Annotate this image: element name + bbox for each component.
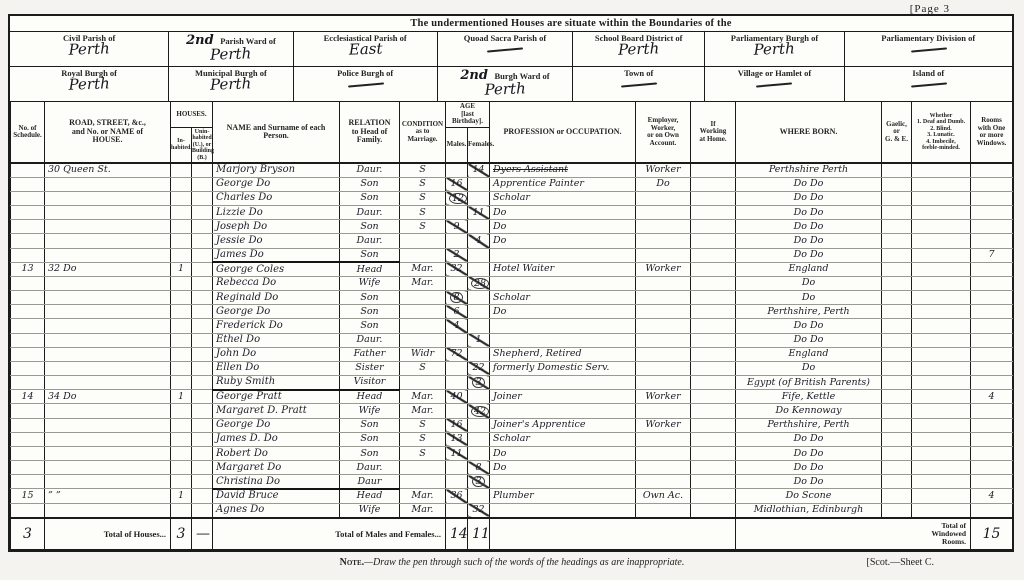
cell-condition: S: [400, 177, 446, 191]
col-condition: CONDITION as to Marriage.: [400, 102, 446, 163]
cell-infirm: [912, 489, 971, 503]
cell-schedule: [11, 461, 45, 475]
cell-rooms: [971, 262, 1013, 276]
header-field-8: Municipal Burgh ofPerth: [168, 67, 292, 102]
cell-relation: Son: [340, 248, 400, 262]
cell-schedule: [11, 503, 45, 517]
cell-schedule: [11, 291, 45, 305]
cell-infirm: [912, 291, 971, 305]
cell-rooms: [971, 404, 1013, 418]
cell-schedule: [11, 432, 45, 446]
cell-occ: Joiner's Apprentice: [490, 418, 636, 432]
cell-gaelic: [882, 191, 912, 205]
cell-schedule: [11, 319, 45, 333]
cell-uninh: [192, 191, 213, 205]
cell-m: 36: [446, 489, 468, 503]
cell-rooms: [971, 220, 1013, 234]
cell-gaelic: [882, 177, 912, 191]
cell-uninh: [192, 347, 213, 361]
cell-emp: [636, 361, 691, 375]
cell-address: 32 Do: [45, 262, 171, 276]
cell-occ: [490, 276, 636, 290]
cell-occ: [490, 475, 636, 489]
cell-gaelic: [882, 361, 912, 375]
cell-gaelic: [882, 376, 912, 390]
cell-relation: Daur.: [340, 333, 400, 347]
col-uninhabited: Unin- habited (U.), or Building (B.): [192, 127, 213, 163]
person-row: Agnes DoWifeMar.32Midlothian, Edinburgh: [11, 503, 1013, 517]
cell-gaelic: [882, 319, 912, 333]
cell-inh: 1: [171, 262, 192, 276]
cell-uninh: [192, 461, 213, 475]
cell-name: Joseph Do: [213, 220, 340, 234]
cell-gaelic: [882, 234, 912, 248]
cell-m: 16: [446, 177, 468, 191]
cell-rooms: 4: [971, 390, 1013, 404]
cell-m: 4: [446, 319, 468, 333]
cell-home: [691, 418, 736, 432]
cell-infirm: [912, 333, 971, 347]
pen-dash: [910, 82, 946, 87]
cell-infirm: [912, 262, 971, 276]
cell-f: 8: [468, 461, 490, 475]
cell-inh: [171, 163, 192, 177]
cell-occ: [490, 248, 636, 262]
cell-born: Fife, Kettle: [736, 390, 882, 404]
col-females: Females.: [468, 127, 490, 163]
cell-born: Midlothian, Edinburgh: [736, 503, 882, 517]
cell-inh: [171, 191, 192, 205]
cell-condition: S: [400, 206, 446, 220]
cell-name: George Do: [213, 177, 340, 191]
total-schedules: 3: [11, 518, 45, 550]
cell-condition: Mar.: [400, 404, 446, 418]
cell-condition: Widr: [400, 347, 446, 361]
census-sheet: The undermentioned Houses are situate wi…: [8, 14, 1014, 552]
cell-emp: [636, 291, 691, 305]
person-row: Rebecca DoWifeMar.28Do: [11, 276, 1013, 290]
cell-home: [691, 404, 736, 418]
cell-schedule: [11, 376, 45, 390]
cell-schedule: 14: [11, 390, 45, 404]
cell-uninh: [192, 404, 213, 418]
cell-infirm: [912, 234, 971, 248]
cell-condition: S: [400, 418, 446, 432]
cell-born: England: [736, 262, 882, 276]
cell-born: England: [736, 347, 882, 361]
cell-f: [468, 305, 490, 319]
cell-condition: Mar.: [400, 262, 446, 276]
cell-occ: Plumber: [490, 489, 636, 503]
cell-gaelic: [882, 291, 912, 305]
cell-condition: Mar.: [400, 489, 446, 503]
cell-born: Do Do: [736, 446, 882, 460]
cell-schedule: [11, 418, 45, 432]
cell-condition: Mar.: [400, 390, 446, 404]
cell-relation: Daur.: [340, 461, 400, 475]
cell-born: Do Do: [736, 432, 882, 446]
cell-home: [691, 347, 736, 361]
header-field-9: Police Burgh of: [293, 67, 437, 102]
cell-rooms: [971, 191, 1013, 205]
cell-infirm: [912, 446, 971, 460]
pen-dash: [347, 82, 383, 87]
cell-occ: Shepherd, Retired: [490, 347, 636, 361]
cell-name: David Bruce: [213, 489, 340, 503]
cell-born: Do Do: [736, 248, 882, 262]
col-inhabited: In- habited.: [171, 127, 192, 163]
cell-emp: [636, 404, 691, 418]
cell-relation: Son: [340, 446, 400, 460]
cell-rooms: [971, 475, 1013, 489]
cell-relation: Son: [340, 291, 400, 305]
cell-home: [691, 305, 736, 319]
cell-occ: [490, 319, 636, 333]
cell-address: ” ”: [45, 489, 171, 503]
cell-rooms: [971, 446, 1013, 460]
cell-name: George Coles: [213, 262, 340, 276]
cell-home: [691, 262, 736, 276]
cell-rooms: [971, 305, 1013, 319]
cell-f: 3: [468, 376, 490, 390]
cell-address: [45, 234, 171, 248]
header-field-6: Parliamentary Division of: [844, 32, 1012, 67]
header-field-5: Parliamentary Burgh ofPerth: [704, 32, 843, 67]
header-field-7: Royal Burgh ofPerth: [10, 67, 168, 102]
cell-f: [468, 248, 490, 262]
header-field-4: School Board District ofPerth: [572, 32, 704, 67]
header-field-1: 2nd Parish Ward ofPerth: [168, 32, 292, 67]
cell-condition: [400, 305, 446, 319]
cell-emp: [636, 305, 691, 319]
cell-occ: Do: [490, 220, 636, 234]
cell-rooms: [971, 333, 1013, 347]
cell-home: [691, 489, 736, 503]
cell-home: [691, 291, 736, 305]
cell-m: [446, 163, 468, 177]
cell-uninh: [192, 418, 213, 432]
cell-uninh: [192, 276, 213, 290]
cell-f: [468, 432, 490, 446]
cell-name: Marjory Bryson: [213, 163, 340, 177]
cell-born: Do: [736, 276, 882, 290]
col-relation: RELATION to Head of Family.: [340, 102, 400, 163]
cell-occ: Joiner: [490, 390, 636, 404]
cell-occ: Apprentice Painter: [490, 177, 636, 191]
cell-condition: [400, 319, 446, 333]
cell-home: [691, 333, 736, 347]
person-row: George DoSonS16Joiner's ApprenticeWorker…: [11, 418, 1013, 432]
cell-rooms: [971, 206, 1013, 220]
cell-schedule: [11, 234, 45, 248]
cell-inh: 1: [171, 489, 192, 503]
cell-address: [45, 347, 171, 361]
cell-f: 11: [468, 206, 490, 220]
cell-occ: Scholar: [490, 191, 636, 205]
cell-address: [45, 191, 171, 205]
cell-born: Do Do: [736, 319, 882, 333]
cell-name: Reginald Do: [213, 291, 340, 305]
cell-uninh: [192, 220, 213, 234]
cell-gaelic: [882, 305, 912, 319]
cell-inh: [171, 432, 192, 446]
cell-condition: S: [400, 163, 446, 177]
cell-relation: Wife: [340, 503, 400, 517]
cell-rooms: [971, 418, 1013, 432]
cell-born: Do Scone: [736, 489, 882, 503]
person-row: Robert DoSonS11DoDo Do: [11, 446, 1013, 460]
cell-f: [468, 418, 490, 432]
cell-m: 16: [446, 418, 468, 432]
header-field-13: Island of: [844, 67, 1012, 102]
total-windowed-label: Total of Windowed Rooms.: [736, 518, 971, 550]
note-head: Note.: [340, 557, 365, 568]
person-row: George DoSonS16Apprentice PainterDoDo Do: [11, 177, 1013, 191]
cell-infirm: [912, 347, 971, 361]
total-mf-label: Total of Males and Females...: [213, 518, 446, 550]
cell-infirm: [912, 376, 971, 390]
cell-inh: [171, 305, 192, 319]
person-row: Reginald DoSon8ScholarDo: [11, 291, 1013, 305]
cell-occ: Do: [490, 305, 636, 319]
cell-emp: Worker: [636, 390, 691, 404]
cell-m: 40: [446, 390, 468, 404]
cell-name: Ellen Do: [213, 361, 340, 375]
cell-schedule: [11, 206, 45, 220]
cell-name: George Do: [213, 418, 340, 432]
cell-schedule: 13: [11, 262, 45, 276]
cell-inh: [171, 177, 192, 191]
cell-relation: Head: [340, 262, 400, 276]
col-houses: HOUSES.: [171, 102, 213, 127]
cell-inh: [171, 404, 192, 418]
cell-infirm: [912, 503, 971, 517]
cell-address: 34 Do: [45, 390, 171, 404]
cell-home: [691, 475, 736, 489]
cell-name: Agnes Do: [213, 503, 340, 517]
cell-inh: [171, 361, 192, 375]
cell-schedule: [11, 191, 45, 205]
cell-name: James D. Do: [213, 432, 340, 446]
cell-home: [691, 191, 736, 205]
cell-home: [691, 446, 736, 460]
cell-relation: Son: [340, 418, 400, 432]
cell-m: 8: [446, 291, 468, 305]
cell-inh: [171, 376, 192, 390]
cell-condition: [400, 333, 446, 347]
cell-relation: Son: [340, 319, 400, 333]
cell-home: [691, 319, 736, 333]
cell-home: [691, 234, 736, 248]
cell-emp: [636, 503, 691, 517]
cell-m: [446, 503, 468, 517]
cell-schedule: [11, 347, 45, 361]
cell-relation: Sister: [340, 361, 400, 375]
cell-emp: [636, 333, 691, 347]
cell-address: [45, 248, 171, 262]
cell-inh: [171, 418, 192, 432]
pen-dash: [910, 47, 946, 52]
person-row: Ruby SmithVisitor3Egypt (of British Pare…: [11, 376, 1013, 390]
cell-born: Do Kennoway: [736, 404, 882, 418]
person-row: James DoSon2Do Do7: [11, 248, 1013, 262]
cell-infirm: [912, 461, 971, 475]
cell-occ: [490, 333, 636, 347]
cell-uninh: [192, 163, 213, 177]
cell-gaelic: [882, 220, 912, 234]
cell-condition: [400, 475, 446, 489]
cell-uninh: [192, 489, 213, 503]
cell-address: [45, 404, 171, 418]
header-field-11: Town of: [572, 67, 704, 102]
cell-emp: Do: [636, 177, 691, 191]
cell-emp: [636, 234, 691, 248]
cell-uninh: [192, 475, 213, 489]
cell-address: [45, 446, 171, 460]
cell-infirm: [912, 432, 971, 446]
total-windowed: 15: [971, 518, 1013, 550]
cell-condition: S: [400, 446, 446, 460]
cell-schedule: [11, 475, 45, 489]
cell-schedule: [11, 248, 45, 262]
cell-occ: formerly Domestic Serv.: [490, 361, 636, 375]
cell-infirm: [912, 305, 971, 319]
cell-born: Perthshire Perth: [736, 163, 882, 177]
cell-relation: Daur: [340, 475, 400, 489]
cell-occ: [490, 376, 636, 390]
cell-infirm: [912, 404, 971, 418]
cell-born: Do Do: [736, 333, 882, 347]
cell-m: [446, 206, 468, 220]
person-row: Ethel DoDaur.1Do Do: [11, 333, 1013, 347]
cell-born: Do Do: [736, 461, 882, 475]
cell-inh: [171, 319, 192, 333]
total-females: 11: [468, 518, 490, 550]
cell-rooms: [971, 461, 1013, 475]
cell-gaelic: [882, 418, 912, 432]
cell-home: [691, 177, 736, 191]
cell-inh: [171, 475, 192, 489]
cell-name: Rebecca Do: [213, 276, 340, 290]
cell-born: Perthshire, Perth: [736, 305, 882, 319]
cell-m: 72: [446, 347, 468, 361]
cell-m: 13: [446, 432, 468, 446]
cell-m: [446, 234, 468, 248]
cell-condition: [400, 376, 446, 390]
col-home: If Working at Home.: [691, 102, 736, 163]
col-profession: PROFESSION or OCCUPATION.: [490, 102, 636, 163]
cell-address: [45, 305, 171, 319]
cell-uninh: [192, 333, 213, 347]
cell-gaelic: [882, 432, 912, 446]
table-totals: 3 Total of Houses... 3 — Total of Males …: [11, 518, 1013, 550]
cell-f: [468, 191, 490, 205]
cell-emp: Own Ac.: [636, 489, 691, 503]
cell-occ: Do: [490, 234, 636, 248]
cell-m: 6: [446, 305, 468, 319]
cell-relation: Son: [340, 220, 400, 234]
total-males: 14: [446, 518, 468, 550]
header-field-value: Perth: [169, 45, 292, 63]
person-row: 1434 Do1George PrattHeadMar.40JoinerWork…: [11, 390, 1013, 404]
cell-condition: S: [400, 361, 446, 375]
cell-emp: [636, 248, 691, 262]
cell-rooms: [971, 376, 1013, 390]
cell-m: [446, 461, 468, 475]
cell-rooms: [971, 432, 1013, 446]
header-field-2: Ecclesiastical Parish ofEast: [293, 32, 437, 67]
cell-uninh: [192, 376, 213, 390]
cell-condition: S: [400, 191, 446, 205]
cell-m: [446, 376, 468, 390]
cell-rooms: [971, 503, 1013, 517]
cell-m: 12: [446, 191, 468, 205]
cell-m: [446, 333, 468, 347]
cell-emp: [636, 206, 691, 220]
cell-infirm: [912, 191, 971, 205]
cell-gaelic: [882, 333, 912, 347]
cell-rooms: [971, 177, 1013, 191]
cell-schedule: [11, 163, 45, 177]
cell-uninh: [192, 206, 213, 220]
cell-emp: [636, 220, 691, 234]
cell-infirm: [912, 475, 971, 489]
cell-uninh: [192, 177, 213, 191]
cell-uninh: [192, 291, 213, 305]
cell-address: [45, 177, 171, 191]
person-row: Ellen DoSisterS22formerly Domestic Serv.…: [11, 361, 1013, 375]
cell-infirm: [912, 220, 971, 234]
person-row: Lizzie DoDaur.S11DoDo Do: [11, 206, 1013, 220]
cell-f: 3: [468, 475, 490, 489]
cell-infirm: [912, 163, 971, 177]
cell-f: [468, 291, 490, 305]
note-body: —Draw the pen through such of the words …: [364, 557, 684, 568]
person-row: George DoSon6DoPerthshire, Perth: [11, 305, 1013, 319]
cell-infirm: [912, 390, 971, 404]
cell-uninh: [192, 503, 213, 517]
cell-address: [45, 432, 171, 446]
cell-uninh: [192, 432, 213, 446]
cell-uninh: [192, 319, 213, 333]
cell-gaelic: [882, 248, 912, 262]
cell-infirm: [912, 361, 971, 375]
cell-relation: Son: [340, 432, 400, 446]
cell-f: 22: [468, 361, 490, 375]
cell-name: Margaret Do: [213, 461, 340, 475]
cell-f: 42: [468, 404, 490, 418]
cell-rooms: [971, 361, 1013, 375]
cell-infirm: [912, 319, 971, 333]
cell-home: [691, 503, 736, 517]
cell-name: Margaret D. Pratt: [213, 404, 340, 418]
cell-inh: [171, 234, 192, 248]
cell-relation: Son: [340, 305, 400, 319]
cell-f: [468, 220, 490, 234]
cell-uninh: [192, 262, 213, 276]
cell-occ: Scholar: [490, 291, 636, 305]
header-field-10: 2nd Burgh Ward ofPerth: [437, 67, 572, 102]
cell-occ: Do: [490, 206, 636, 220]
cell-relation: Daur.: [340, 206, 400, 220]
cell-name: Robert Do: [213, 446, 340, 460]
cell-name: James Do: [213, 248, 340, 262]
cell-address: [45, 376, 171, 390]
cell-gaelic: [882, 262, 912, 276]
cell-inh: [171, 503, 192, 517]
cell-uninh: [192, 361, 213, 375]
col-age: AGE [last Birthday].: [446, 102, 490, 127]
